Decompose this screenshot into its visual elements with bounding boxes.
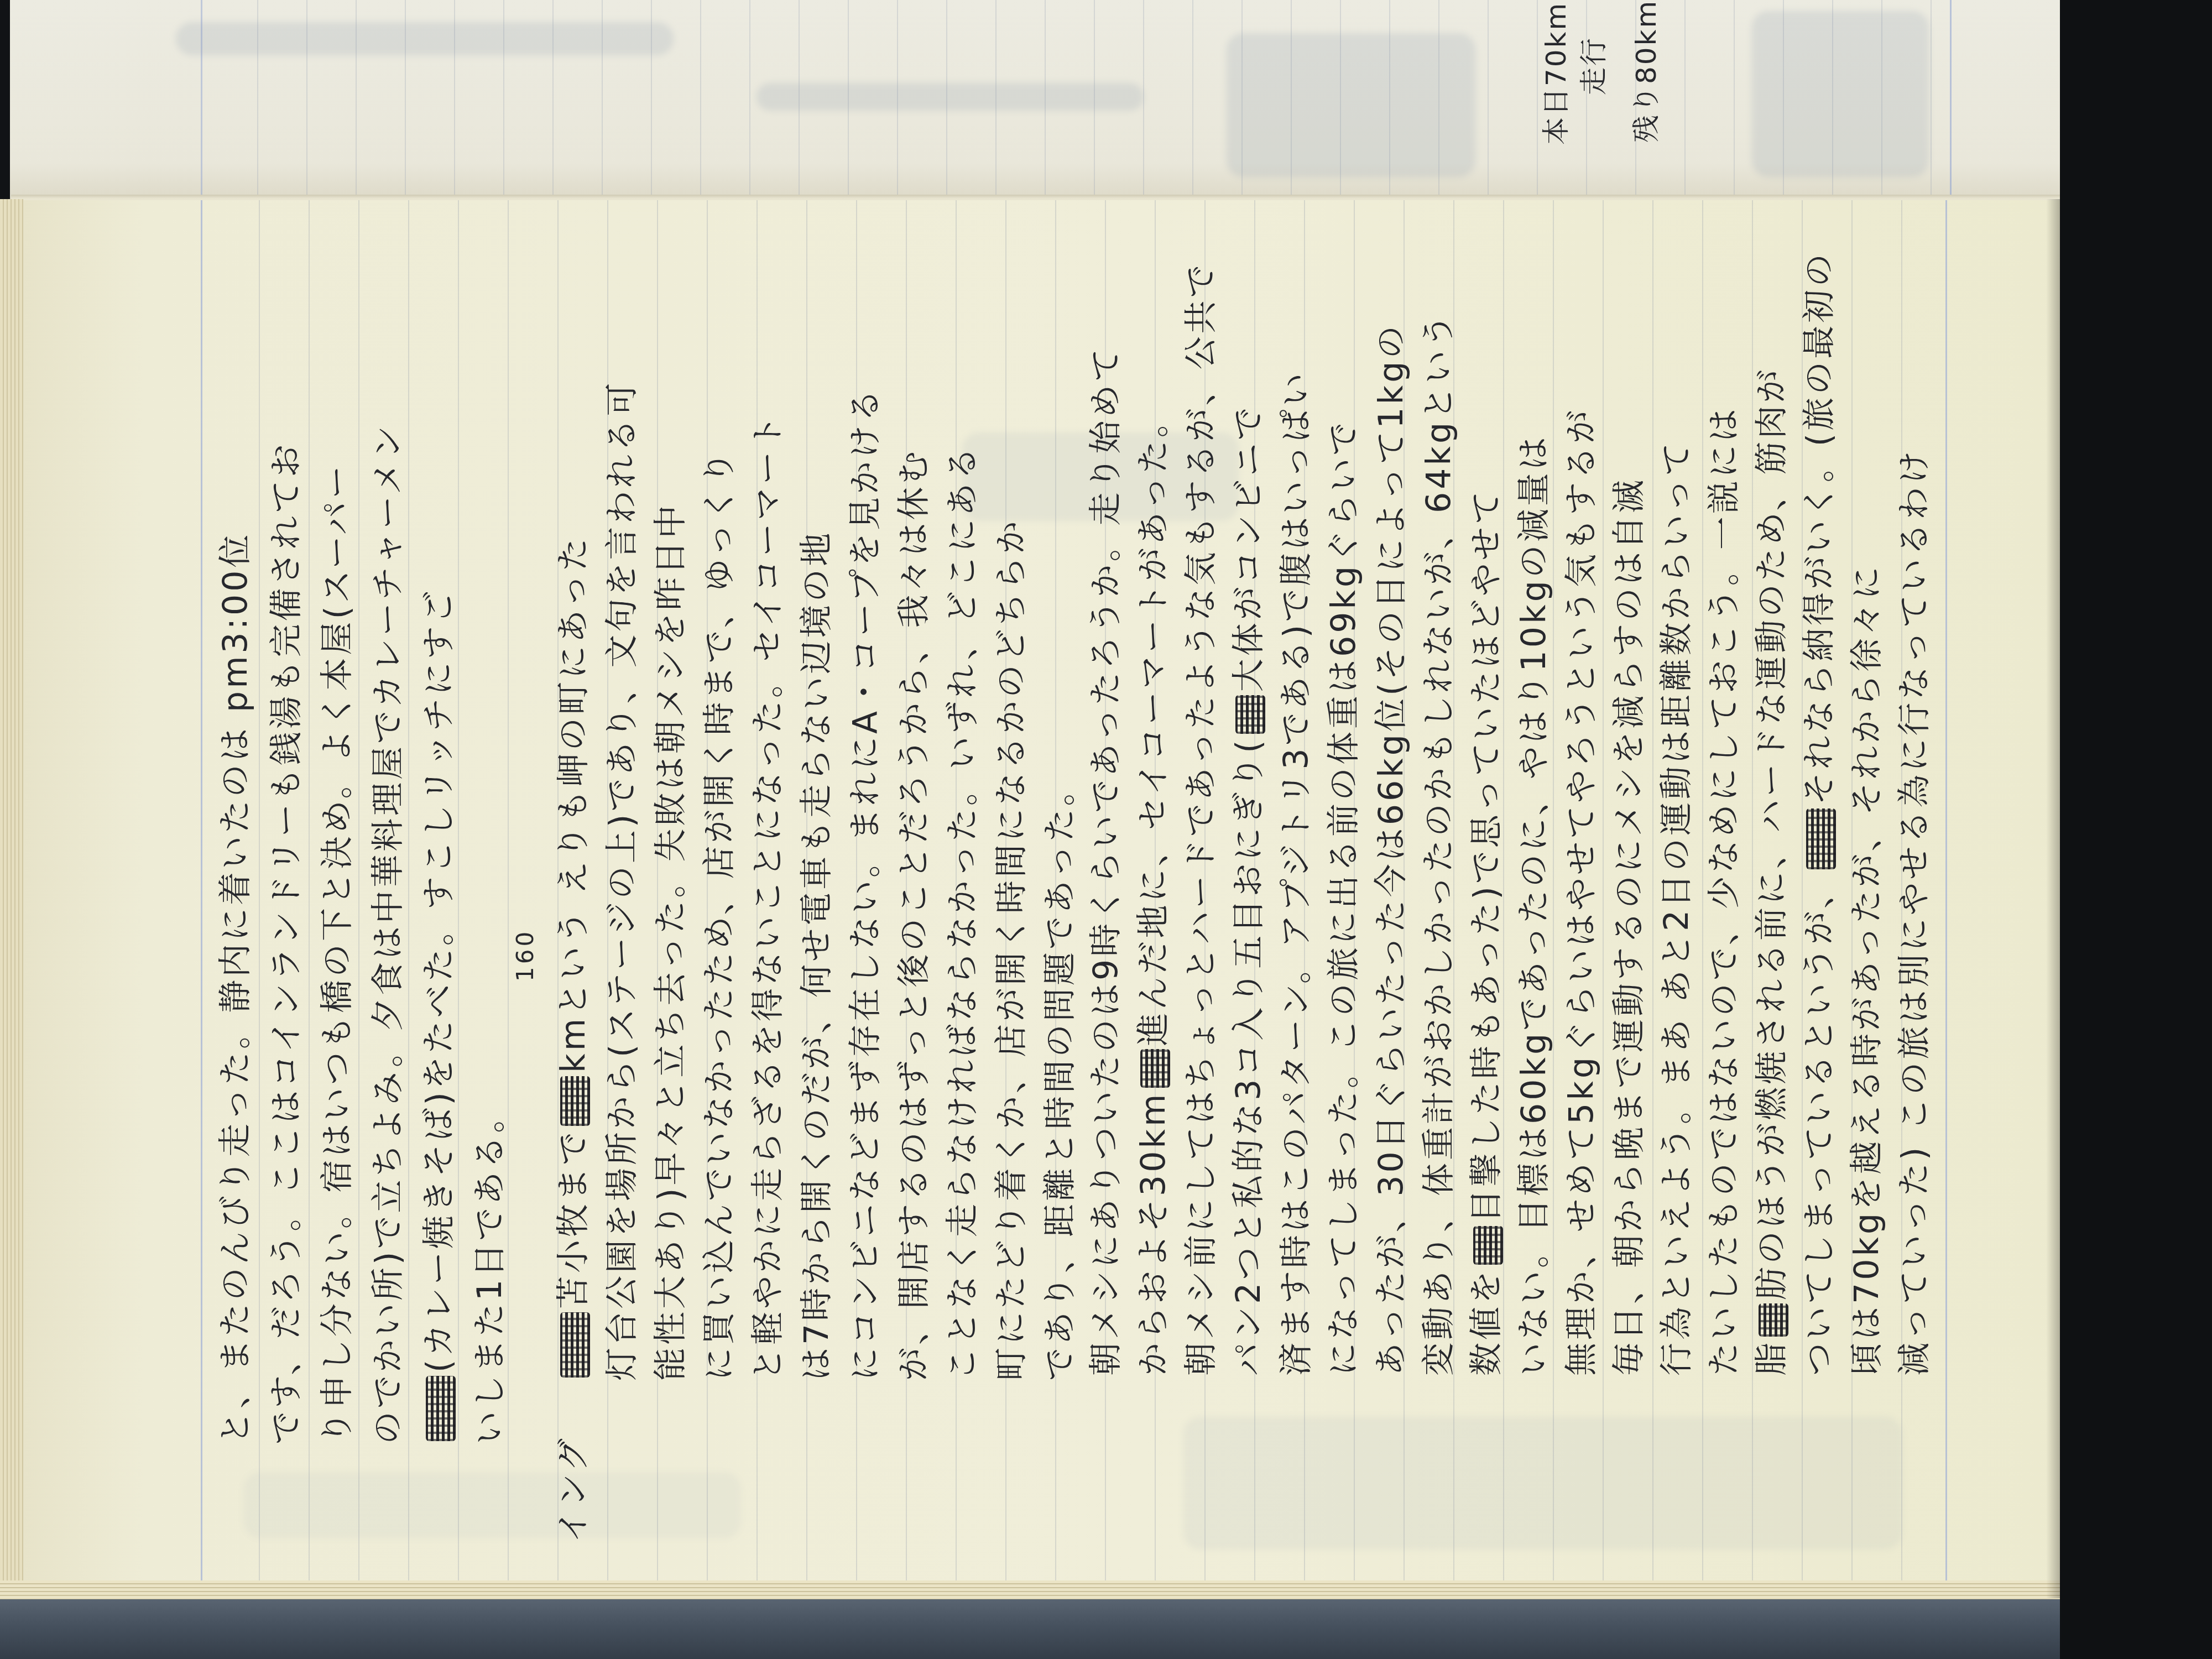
handwritten-text: あったが、30日ぐらいたった今は66kg位(その日によって1kgの bbox=[1372, 323, 1411, 1376]
margin-note-traveled: 走行 bbox=[1577, 36, 1610, 95]
handwritten-text: であり、距離と時間の問題であった。 bbox=[1041, 770, 1079, 1381]
inserted-correction: 160 bbox=[512, 929, 539, 982]
strikethrough-scribble bbox=[1759, 1303, 1788, 1337]
handwritten-text: ついてしまっているというが、 bbox=[1800, 873, 1839, 1376]
handwritten-text: 無理か、せめて5kgぐらいはやせてやろうという気もするが bbox=[1562, 408, 1601, 1376]
handwritten-text: が、開店するのはずっと後のことだろうから、我々は休む bbox=[895, 448, 933, 1381]
handwritten-text: 頃は70kgを越える時があったが、それから徐々に bbox=[1848, 564, 1886, 1376]
text-line: 能性大あり)早々と立ち去った。失敗は朝メシを昨日中 bbox=[646, 380, 695, 1381]
text-line: 脂肪のほうが燃焼される前に、ハードな運動のため、筋肉が bbox=[1748, 251, 1796, 1376]
handwritten-text: kmという えりも岬の町にあった bbox=[554, 535, 593, 1073]
margin-note-remaining: 残り80km bbox=[1630, 0, 1663, 143]
margin-line-right bbox=[1945, 200, 1947, 1583]
entry-label: イング bbox=[549, 1436, 598, 1543]
text-line: 変動あり、体重計がおかしかったのかもしれないが、64kgという bbox=[1415, 251, 1463, 1376]
text-line: 無理か、せめて5kgぐらいはやせてやろうという気もするが bbox=[1558, 251, 1605, 1376]
handwritten-text: 能性大あり)早々と立ち去った。失敗は朝メシを昨日中 bbox=[651, 503, 690, 1381]
handwritten-text: と、またのんびり走った。静内に着いたのは pm3:00位 bbox=[216, 532, 255, 1444]
handwritten-text: のでかい所)で立ちよみ。夕食は中華料理屋でカレーチャーメン bbox=[369, 423, 408, 1444]
margin-note-distance-today: 本日70km bbox=[1540, 2, 1573, 145]
text-line: 済ます時はこのパターン。アプジトリ3である)で腹はいっぱい bbox=[1272, 251, 1320, 1376]
entry-label-text: イング bbox=[554, 1436, 593, 1543]
page-shadow bbox=[2046, 199, 2060, 1598]
text-line: であり、距離と時間の問題であった。 bbox=[1036, 380, 1084, 1381]
margin-line-left bbox=[201, 200, 202, 1583]
facing-page bbox=[10, 0, 2060, 204]
handwritten-text: 減っていった) この旅は別にやせる為に行なっているわけ bbox=[1895, 448, 1934, 1376]
handwritten-text: それなら納得がいく。(旅の最初の bbox=[1800, 251, 1839, 805]
handwritten-text: と軽やかに走らざるを得ないことになった。セイコーマート bbox=[749, 413, 787, 1381]
text-line: (カレー焼きそば)をたべた。すこしリッチにすご bbox=[414, 423, 465, 1444]
bleed-through-ink bbox=[1227, 33, 1475, 177]
text-line: ついてしまっているというが、それなら納得がいく。(旅の最初の bbox=[1796, 251, 1843, 1376]
strikethrough-scribble bbox=[1473, 1226, 1503, 1265]
handwritten-text: は7時から開くのだが、何せ電車も走らない辺境の地 bbox=[797, 530, 836, 1381]
text-line: です、だろう。ここはコインランドリーも銭湯も完備されてお bbox=[261, 423, 312, 1444]
bleed-through-ink bbox=[1752, 11, 1929, 177]
text-line: と、またのんびり走った。静内に着いたのは pm3:00位 bbox=[210, 423, 261, 1444]
text-line: あったが、30日ぐらいたった今は66kg位(その日によって1kgの bbox=[1368, 251, 1415, 1376]
text-line: が、開店するのはずっと後のことだろうから、我々は休む bbox=[890, 380, 938, 1381]
text-line: り申し分ない。宿はいつも橋の下と決め。よく本屋(スーパー bbox=[312, 423, 363, 1444]
handwritten-text: 大体がコンビニで bbox=[1229, 404, 1268, 692]
handwritten-text: 朝メシにありついたのは9時くらいであったろうか。走り始めて bbox=[1087, 346, 1125, 1376]
handwritten-text: 町にたどり着くか、店が開く時間になるかのどちらか bbox=[992, 518, 1031, 1381]
text-line: のでかい所)で立ちよみ。夕食は中華料理屋でカレーチャーメン bbox=[363, 423, 414, 1444]
strikethrough-scribble bbox=[426, 1376, 456, 1441]
handwritten-text: 数値を bbox=[1467, 1268, 1506, 1376]
text-line: 朝メシ前にしてはちょっとハードであったような気もするが、公共で bbox=[1177, 251, 1225, 1376]
handwritten-text: 脂 bbox=[1752, 1340, 1791, 1376]
handwritten-text: いしまた1日である。 bbox=[471, 1097, 509, 1444]
handwritten-text: いない。目標は60kgであったのに、やはり10kgの減量は bbox=[1515, 434, 1553, 1376]
text-line: にコンビニなどまず存在しない。まれにA・コープを見かける bbox=[841, 380, 890, 1381]
handwritten-text: 灯台公園を場所から(ステージの上)であり、文句を言われる可 bbox=[603, 380, 641, 1381]
text-line: 町にたどり着くか、店が開く時間になるかのどちらか bbox=[987, 380, 1036, 1381]
handwritten-text: 行為といえよう。まあ あと2日の運動は距離数からいって bbox=[1657, 440, 1696, 1376]
handwritten-text: り申し分ない。宿はいつも橋の下と決め。よく本屋(スーパー bbox=[318, 463, 357, 1444]
text-line: 朝メシにありついたのは9時くらいであったろうか。走り始めて bbox=[1082, 251, 1130, 1376]
handwritten-text: 苫小牧まで bbox=[554, 1129, 593, 1309]
text-line: ことなく走らなければならなかった。いずれ、どこにある bbox=[938, 380, 987, 1381]
strikethrough-scribble bbox=[560, 1312, 590, 1378]
handwritten-text: です、だろう。ここはコインランドリーも銭湯も完備されてお bbox=[267, 442, 306, 1444]
strikethrough-scribble bbox=[1235, 695, 1265, 734]
handwritten-text: 変動あり、体重計がおかしかったのかもしれないが、64kgという bbox=[1420, 312, 1458, 1376]
handwritten-text: パン2つと私的な3コ入り五目おにぎり( bbox=[1229, 737, 1268, 1376]
text-line: 灯台公園を場所から(ステージの上)であり、文句を言われる可 bbox=[598, 380, 646, 1381]
handwritten-text: 済ます時はこのパターン。アプジトリ3である)で腹はいっぱい bbox=[1277, 371, 1316, 1376]
paragraph-3: 朝メシにありついたのは9時くらいであったろうか。走り始めて からおよそ30km進… bbox=[1082, 251, 1938, 1376]
text-line: 数値を目撃した時もあった)で思っていたほどやせて bbox=[1463, 251, 1510, 1376]
text-line: いない。目標は60kgであったのに、やはり10kgの減量は bbox=[1510, 251, 1558, 1376]
strikethrough-scribble bbox=[1140, 1049, 1170, 1088]
margin-line-right bbox=[1950, 0, 1952, 204]
handwritten-text: ことなく走らなければならなかった。いずれ、どこにある bbox=[943, 444, 982, 1381]
text-line: になってしまった。この旅に出る前の体重は69kgぐらいで bbox=[1320, 251, 1368, 1376]
handwritten-text: にコンビニなどまず存在しない。まれにA・コープを見かける bbox=[846, 387, 885, 1381]
handwritten-text: (カレー焼きそば)をたべた。すこしリッチにすご bbox=[420, 588, 458, 1373]
dark-background bbox=[2060, 0, 2212, 1659]
handwritten-text: になってしまった。この旅に出る前の体重は69kgぐらいで bbox=[1324, 420, 1363, 1376]
bleed-through-ink bbox=[757, 83, 1144, 111]
text-line: 減っていった) この旅は別にやせる為に行なっているわけ bbox=[1891, 251, 1938, 1376]
text-line: たいしたものではないので、少なめにしておこう。一説には bbox=[1700, 251, 1748, 1376]
bleed-through-ink bbox=[176, 22, 674, 55]
handwritten-text: 毎日、朝から晩まで運動するのにメシを減らすのは自滅 bbox=[1610, 477, 1648, 1376]
handwritten-text: からおよそ30km bbox=[1134, 1091, 1173, 1376]
text-line: いしまた1日である。 bbox=[465, 423, 515, 1444]
text-line: 毎日、朝から晩まで運動するのにメシを減らすのは自滅 bbox=[1605, 251, 1653, 1376]
text-line: 苫小牧までkmという えりも岬の町にあった bbox=[549, 380, 598, 1381]
page-stack-edge bbox=[0, 1580, 2060, 1599]
bleed-through-ink bbox=[1183, 1417, 1902, 1550]
paragraph-1: と、またのんびり走った。静内に着いたのは pm3:00位 です、だろう。ここはコ… bbox=[210, 423, 515, 1444]
handwritten-text: 肪のほうが燃焼される前に、ハードな運動のため、筋肉が bbox=[1752, 367, 1791, 1300]
text-line: からおよそ30km進んだ地に、セイコーマートがあった。 bbox=[1130, 251, 1177, 1376]
text-line: と軽やかに走らざるを得ないことになった。セイコーマート bbox=[744, 380, 792, 1381]
text-line: は7時から開くのだが、何せ電車も走らない辺境の地 bbox=[792, 380, 841, 1381]
bleed-through-ink bbox=[243, 1472, 741, 1538]
handwritten-text: たいしたものではないので、少なめにしておこう。一説には bbox=[1705, 406, 1744, 1376]
paragraph-2: 苫小牧までkmという えりも岬の町にあった 灯台公園を場所から(ステージの上)で… bbox=[549, 380, 1084, 1381]
text-line: パン2つと私的な3コ入り五目おにぎり(大体がコンビニで bbox=[1225, 251, 1272, 1376]
text-line: 行為といえよう。まあ あと2日の運動は距離数からいって bbox=[1653, 251, 1700, 1376]
table-surface bbox=[0, 1598, 2060, 1659]
handwritten-text: 朝メシ前にしてはちょっとハードであったような気もするが、公共で bbox=[1182, 262, 1220, 1376]
strikethrough-scribble bbox=[560, 1076, 590, 1126]
page-stack-edge bbox=[0, 199, 23, 1598]
text-line: に買い込んでいなかったため、店が開く時まで、ゆっくり bbox=[695, 380, 744, 1381]
handwritten-text: 進んだ地に、セイコーマートがあった。 bbox=[1134, 401, 1173, 1046]
text-line: 頃は70kgを越える時があったが、それから徐々に bbox=[1843, 251, 1891, 1376]
strikethrough-scribble bbox=[1806, 808, 1836, 869]
handwritten-text: 目撃した時もあった)で思っていたほどやせて bbox=[1467, 488, 1506, 1223]
handwritten-text: に買い込んでいなかったため、店が開く時まで、ゆっくり bbox=[700, 448, 739, 1381]
